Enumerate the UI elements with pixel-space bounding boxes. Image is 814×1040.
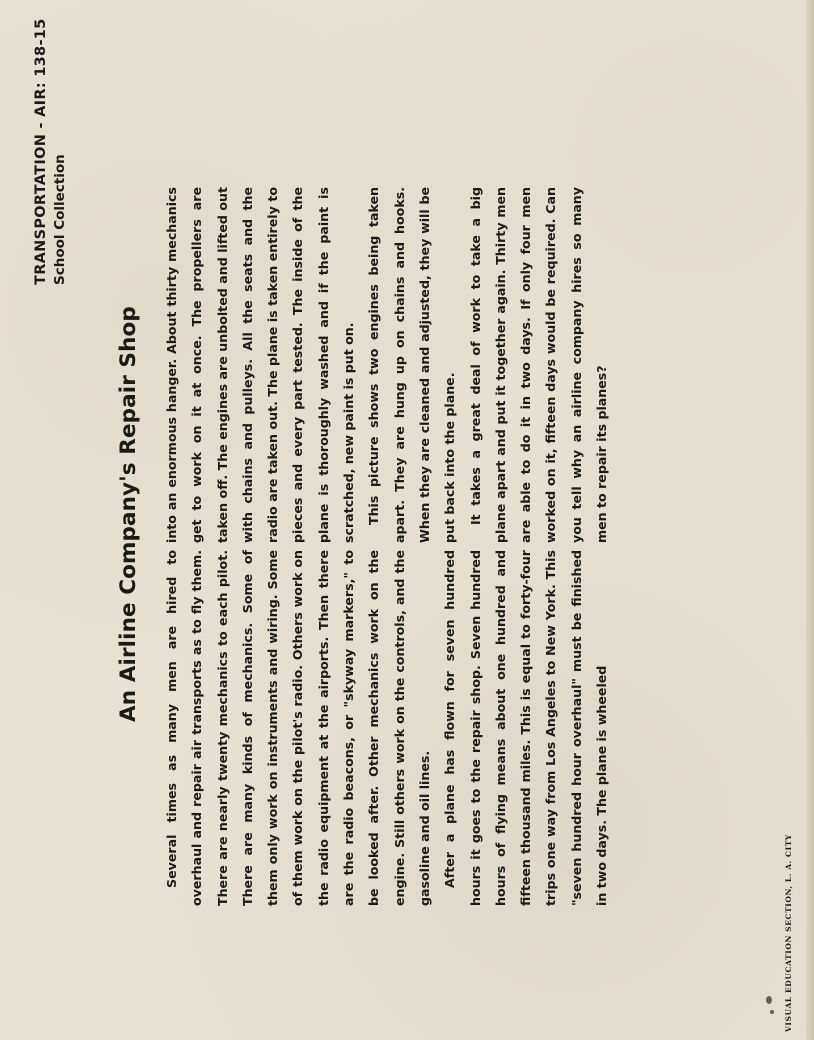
paragraph: It takes a great deal of work to take a …: [463, 187, 615, 543]
rotated-content: TRANSPORTATION - AIR: 138-15 School Coll…: [0, 0, 814, 1040]
document-page: TRANSPORTATION - AIR: 138-15 School Coll…: [0, 0, 814, 1040]
text-column-2: into an enormous hanger. About thirty me…: [159, 187, 614, 543]
paragraph: After a plane has flown for seven hundre…: [437, 550, 614, 906]
text-column-1: Several times as many men are hired to o…: [159, 550, 614, 906]
category-label: TRANSPORTATION - AIR: 138-15: [32, 18, 51, 285]
paragraph: into an enormous hanger. About thirty me…: [159, 187, 361, 543]
paragraph: Several times as many men are hired to o…: [159, 550, 437, 906]
paragraph: This picture shows two engines being tak…: [361, 187, 462, 543]
page-title: An Airline Company's Repair Shop: [116, 306, 141, 722]
publisher-footer: VISUAL EDUCATION SECTION, L. A. CITY: [784, 834, 793, 1032]
header: TRANSPORTATION - AIR: 138-15 School Coll…: [32, 18, 70, 285]
collection-label: School Collection: [51, 18, 70, 285]
